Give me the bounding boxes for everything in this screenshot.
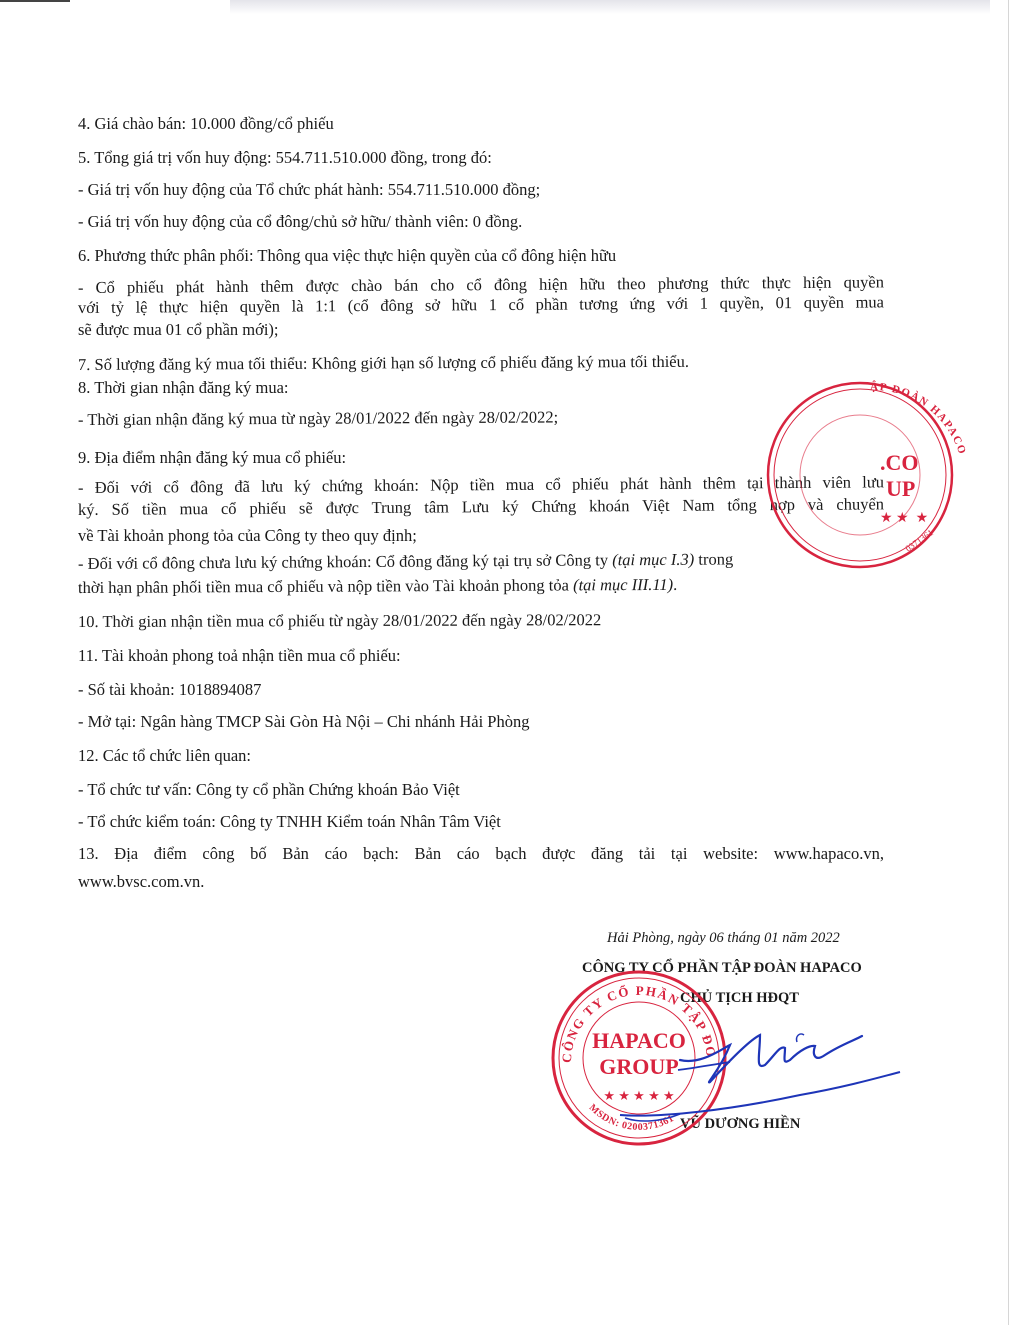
item-10-payment-period: 10. Thời gian nhận tiền mua cổ phiếu từ …: [78, 610, 601, 632]
item-11-account-number: - Số tài khoản: 1018894087: [78, 680, 261, 700]
item-6-detail-line-3: sẽ được mua 01 cổ phần mới);: [78, 320, 279, 340]
text-run: trong: [694, 549, 733, 568]
item-12-advisor: - Tổ chức tư vấn: Công ty cổ phần Chứng …: [78, 780, 460, 800]
svg-text:UP: UP: [886, 476, 915, 501]
item-7-min-subscription: 7. Số lượng đăng ký mua tối thiểu: Không…: [78, 352, 689, 375]
item-12-auditor: - Tổ chức kiểm toán: Công ty TNHH Kiểm t…: [78, 812, 501, 832]
svg-text:0371361: 0371361: [903, 527, 935, 553]
item-11-bank: - Mở tại: Ngân hàng TMCP Sài Gòn Hà Nội …: [78, 712, 529, 732]
partial-stamp: ẬP ĐOÀN HAPACO .CO UP ★ ★ ★ 0371361: [870, 380, 1000, 580]
svg-text:.CO: .CO: [880, 450, 919, 475]
svg-text:★ ★ ★: ★ ★ ★: [880, 511, 928, 526]
item-9-registration-place: 9. Địa điểm nhận đăng ký mua cổ phiếu:: [78, 448, 346, 468]
page-edge-corner: [0, 0, 70, 2]
item-9-deposited-line-1: - Đối với cổ đông đã lưu ký chứng khoán:…: [78, 472, 884, 498]
text-run: - Đối với cổ đông chưa lưu ký chứng khoá…: [78, 550, 612, 573]
item-13-prospectus-line-1: 13. Địa điểm công bố Bản cáo bạch: Bản c…: [78, 844, 884, 864]
item-11-escrow-account: 11. Tài khoản phong toả nhận tiền mua cổ…: [78, 646, 401, 666]
text-run: thời hạn phân phối tiền mua cổ phiếu và …: [78, 575, 573, 597]
item-9-deposited-line-2: ký. Số tiền mua cổ phiếu sẽ được Trung t…: [78, 494, 884, 520]
item-9-undeposited-line-1: - Đối với cổ đông chưa lưu ký chứng khoá…: [78, 549, 733, 574]
item-4-offer-price: 4. Giá chào bán: 10.000 đồng/cổ phiếu: [78, 114, 334, 134]
item-9-undeposited-line-2: thời hạn phân phối tiền mua cổ phiếu và …: [78, 575, 677, 598]
item-5-issuer-capital: - Giá trị vốn huy động của Tổ chức phát …: [78, 180, 540, 200]
scan-shadow: [230, 0, 990, 14]
item-6-distribution-method: 6. Phương thức phân phối: Thông qua việc…: [78, 246, 616, 266]
item-13-prospectus-line-2: www.bvsc.com.vn.: [78, 872, 204, 892]
handwritten-signature: [600, 1010, 920, 1150]
section-ref-i3: (tại mục I.3): [612, 550, 694, 570]
item-9-deposited-line-3: về Tài khoản phong tỏa của Công ty theo …: [78, 526, 417, 546]
item-12-related-orgs: 12. Các tổ chức liên quan:: [78, 746, 251, 766]
svg-text:ẬP ĐOÀN HAPACO: ẬP ĐOÀN HAPACO: [870, 380, 968, 457]
item-5-total-capital: 5. Tổng giá trị vốn huy động: 554.711.51…: [78, 148, 492, 168]
item-6-detail-line-2: với tỷ lệ thực hiện quyền là 1:1 (cổ đôn…: [78, 292, 884, 318]
item-5-shareholder-capital: - Giá trị vốn huy động của cổ đông/chủ s…: [78, 212, 522, 232]
text-run: .: [673, 575, 677, 594]
item-8-registration-period: - Thời gian nhận đăng ký mua từ ngày 28/…: [78, 407, 558, 430]
signature-date: Hải Phòng, ngày 06 tháng 01 năm 2022: [607, 930, 840, 947]
page-edge: [1008, 0, 1009, 1325]
item-8-registration-time: 8. Thời gian nhận đăng ký mua:: [78, 378, 289, 398]
section-ref-iii11: (tại mục III.11): [573, 575, 673, 595]
